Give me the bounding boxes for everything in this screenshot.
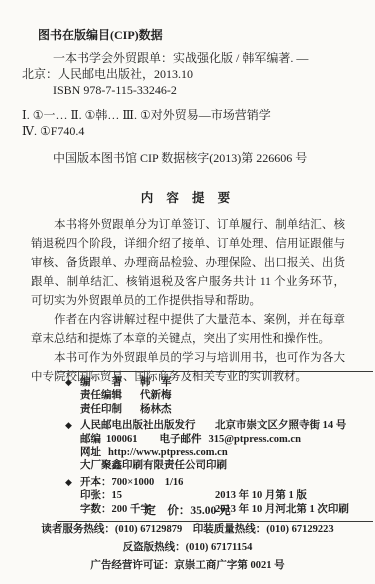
postcode-value: 100061 xyxy=(106,433,138,446)
price-line: 定 价：35.00 元 xyxy=(0,502,375,518)
credit-row: 责任编辑 代新梅 xyxy=(57,389,373,402)
diamond-bullet-icon: ◆ xyxy=(57,419,80,432)
printer-row: 大厂聚鑫印刷有限责任公司印刷 xyxy=(57,459,373,472)
publisher-name: 人民邮电出版社出版发行 xyxy=(80,419,215,432)
cip-registry: 中国版本图书馆 CIP 数据核字(2013)第 226606 号 xyxy=(53,150,357,166)
ad-license-line: 广告经营许可证：京崇工商广字第 0021 号 xyxy=(0,557,375,572)
abstract-paragraph: 本书将外贸跟单分为订单签订、订单履行、制单结汇、核销退税四个阶段，详细介绍了接单… xyxy=(31,216,345,311)
cip-entry-line2: 北京：人民邮电出版社，2013.10 xyxy=(22,66,357,82)
cip-isbn: ISBN 978-7-115-33246-2 xyxy=(53,82,357,98)
credit-row: ◆ 编 著 韩 军 xyxy=(57,376,373,389)
format-kaiben: 开本：700×1000 1/16 xyxy=(80,476,183,489)
email-label: 电子邮件 xyxy=(160,433,202,446)
format-row: ◆ 开本：700×1000 1/16 xyxy=(57,476,373,489)
anti-piracy-hotline-line: 反盗版热线：(010) 67171154 xyxy=(0,539,375,554)
credit-role: 编 著 xyxy=(80,376,140,389)
cip-heading: 图书在版编目(CIP)数据 xyxy=(38,27,357,43)
abstract-title: 内 容 提 要 xyxy=(31,188,345,206)
website-value: http://www.ptpress.com.cn xyxy=(108,446,228,459)
credit-row: 责任印制 杨林杰 xyxy=(57,403,373,416)
credit-name: 杨林杰 xyxy=(140,403,172,416)
copyright-page: 图书在版编目(CIP)数据 一本书学会外贸跟单：实战强化版 / 韩军编著. — … xyxy=(0,0,375,584)
website-row: 网址 http://www.ptpress.com.cn xyxy=(57,446,373,459)
publisher-row: ◆ 人民邮电出版社出版发行 北京市崇文区夕照寺街 14 号 xyxy=(57,419,373,432)
postcode-label: 邮编 xyxy=(80,433,101,446)
abstract-section: 内 容 提 要 本书将外贸跟单分为订单签订、订单履行、制单结汇、核销退税四个阶段… xyxy=(0,188,375,387)
cip-classification: Ⅰ. ①一… Ⅱ. ①韩… Ⅲ. ①对外贸易—市场营销学 Ⅳ. ①F740.4 xyxy=(22,107,357,139)
footer-block: 定 价：35.00 元 读者服务热线：(010) 67129879 印装质量热线… xyxy=(0,498,375,572)
diamond-bullet-icon: ◆ xyxy=(57,476,80,489)
cip-class-line1: Ⅰ. ①一… Ⅱ. ①韩… Ⅲ. ①对外贸易—市场营销学 xyxy=(22,107,357,123)
abstract-paragraph: 作者在内容讲解过程中提供了大量范本、案例，并在每章章末总结和提炼了本章的关键点，… xyxy=(31,311,345,349)
printer-name: 大厂聚鑫印刷有限责任公司印刷 xyxy=(80,459,227,472)
cip-book-entry: 一本书学会外贸跟单：实战强化版 / 韩军编著. — 北京：人民邮电出版社，201… xyxy=(22,50,357,98)
publisher-address: 北京市崇文区夕照寺街 14 号 xyxy=(215,419,346,432)
credit-name: 代新梅 xyxy=(140,389,172,402)
cip-class-line2: Ⅳ. ①F740.4 xyxy=(22,123,357,139)
credit-role: 责任印制 xyxy=(80,403,140,416)
postcode-email-row: 邮编 100061 电子邮件 315@ptpress.com.cn xyxy=(57,433,373,446)
cip-block: 图书在版编目(CIP)数据 一本书学会外贸跟单：实战强化版 / 韩军编著. — … xyxy=(0,0,375,166)
credit-name: 韩 军 xyxy=(140,376,172,389)
email-value: 315@ptpress.com.cn xyxy=(209,433,301,446)
diamond-bullet-icon: ◆ xyxy=(57,376,80,389)
service-hotline-line: 读者服务热线：(010) 67129879 印装质量热线：(010) 67129… xyxy=(0,521,375,536)
website-label: 网址 xyxy=(80,446,101,459)
credit-role: 责任编辑 xyxy=(80,389,140,402)
cip-entry-line1: 一本书学会外贸跟单：实战强化版 / 韩军编著. — xyxy=(53,50,357,66)
